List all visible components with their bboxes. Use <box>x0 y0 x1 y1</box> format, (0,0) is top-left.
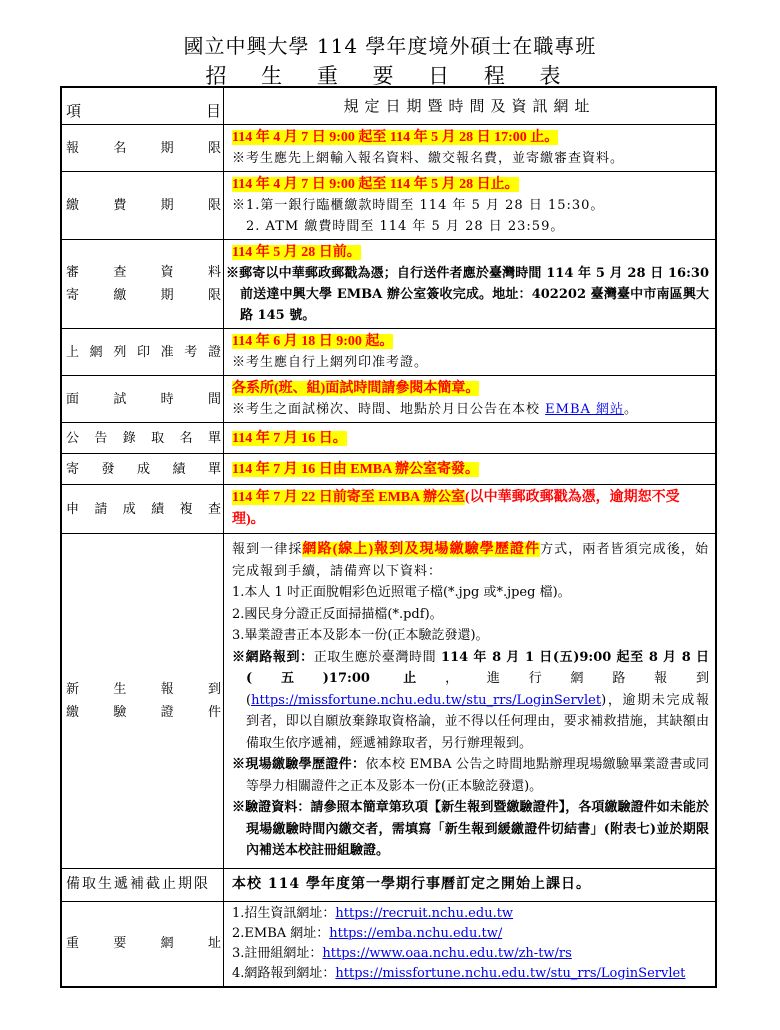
link-prefix: 3.註冊組網址： <box>232 946 322 961</box>
highlight-date: 114 年 7 月 16 日由 EMBA 辦公室寄發。 <box>232 462 479 477</box>
label-char: 面 <box>66 389 79 410</box>
row-note: ※考生應先上網輸入報名資料、繳交報名費，並寄繳審查資料。 <box>232 148 709 169</box>
label-char: 證 <box>208 342 221 363</box>
table-row-review-docs: 審 查 資 料 寄 繳 期 限 114 年 5 月 28 日前。 ※郵寄以中華郵… <box>61 240 716 329</box>
row-content: 114 年 7 月 16 日。 <box>224 423 717 454</box>
label-char: 址 <box>208 933 221 954</box>
highlight-date: 114 年 7 月 22 日前寄至 EMBA 辦公室 <box>232 490 465 505</box>
row-note: ※1.第一銀行臨櫃繳款時間至 114 年 5 月 28 日 15:30。 <box>232 195 709 216</box>
enroll-intro: 報到一律採網路(線上)報到及現場繳驗學歷證件方式，兩者皆須完成後，始完成報到手續… <box>232 539 709 582</box>
label-char: 費 <box>113 195 126 216</box>
row-content: 114 年 4 月 7 日 9:00 起至 114 年 5 月 28 日 17:… <box>224 125 717 172</box>
intro-highlight: 網路(線上)報到及現場繳驗學歷證件 <box>302 542 540 557</box>
note-title: ※驗證資料： <box>232 800 310 815</box>
highlight-date: 114 年 5 月 28 日前。 <box>232 245 361 260</box>
label-char: 限 <box>208 284 221 307</box>
label-char: 績 <box>151 499 164 520</box>
online-registration-link[interactable]: https://missfortune.nchu.edu.tw/stu_rrs/… <box>251 693 601 708</box>
label-char: 名 <box>113 138 126 159</box>
note-text: ，進行網路報到 <box>445 671 709 686</box>
label-char: 申 <box>66 499 79 520</box>
highlight-date: 各系所(班、組)面試時間請參閱本簡章。 <box>232 381 479 396</box>
table-header-row: 項 目 規定日期暨時間及資訊網址 <box>61 87 716 125</box>
note-title: ※網路報到： <box>232 650 314 665</box>
link-prefix: 4.網路報到網址： <box>232 966 335 981</box>
note-text: ※考生之面試梯次、時間、地點於月日公告在本校 <box>232 402 545 417</box>
label-char: 單 <box>208 459 221 480</box>
link-item: 1.招生資訊網址：https://recruit.nchu.edu.tw <box>232 904 709 924</box>
required-item: 2.國民身分證正反面掃描檔(*.pdf)。 <box>232 604 709 626</box>
label-char: 時 <box>161 389 174 410</box>
label-char: 名 <box>180 428 193 449</box>
row-label: 面 試 時 間 <box>61 376 224 423</box>
header-content-label: 規定日期暨時間及資訊網址 <box>224 89 715 123</box>
highlight-date: 114 年 4 月 7 日 9:00 起至 114 年 5 月 28 日止。 <box>232 177 519 192</box>
row-label: 備取生遞補截止期限 <box>61 868 224 901</box>
label-char: 告 <box>94 428 107 449</box>
table-row-score-review: 申 請 成 績 複 查 114 年 7 月 22 日前寄至 EMBA 辦公室(以… <box>61 485 716 534</box>
label-char: 驗 <box>113 701 126 724</box>
row-content: 1.招生資訊網址：https://recruit.nchu.edu.tw 2.E… <box>224 901 717 987</box>
label-char: 發 <box>101 459 114 480</box>
row-label: 重 要 網 址 <box>61 901 224 987</box>
table-row-score-report: 寄 發 成 績 單 114 年 7 月 16 日由 EMBA 辦公室寄發。 <box>61 454 716 485</box>
label-char: 到 <box>208 678 221 701</box>
label-char: 資 <box>161 261 174 284</box>
row-note: ※考生之面試梯次、時間、地點於月日公告在本校 EMBA 網站。 <box>232 399 709 420</box>
emba-website-link[interactable]: EMBA 網站 <box>545 402 624 417</box>
label-char: 列 <box>113 342 126 363</box>
table-row-important-links: 重 要 網 址 1.招生資訊網址：https://recruit.nchu.ed… <box>61 901 716 987</box>
label-char: 重 <box>66 933 79 954</box>
label-char: 期 <box>161 284 174 307</box>
label-char: 繳 <box>66 195 79 216</box>
header-item-right: 目 <box>206 101 221 122</box>
row-content: 114 年 5 月 28 日前。 ※郵寄以中華郵政郵戳為憑；自行送件者應於臺灣時… <box>224 240 717 329</box>
row-label: 審 查 資 料 寄 繳 期 限 <box>61 240 224 329</box>
link-item: 4.網路報到網址：https://missfortune.nchu.edu.tw… <box>232 964 709 984</box>
row-note: 2. ATM 繳費時間至 114 年 5 月 28 日 23:59。 <box>232 216 709 237</box>
document-title: 國立中興大學 114 學年度境外碩士在職專班 <box>0 30 780 59</box>
link-item: 2.EMBA 網址：https://emba.nchu.edu.tw/ <box>232 924 709 944</box>
label-char: 寄 <box>66 459 79 480</box>
table-row-registration: 報 名 期 限 114 年 4 月 7 日 9:00 起至 114 年 5 月 … <box>61 125 716 172</box>
label-char: 考 <box>184 342 197 363</box>
note-text: 。 <box>624 402 638 417</box>
highlight-date: 114 年 4 月 7 日 9:00 起至 114 年 5 月 28 日 17:… <box>232 130 558 145</box>
row-label: 寄 發 成 績 單 <box>61 454 224 485</box>
label-char: 期 <box>161 138 174 159</box>
note-text: 請參照本簡章第玖項【新生報到暨繳驗證件】，各項繳驗證件如未能於現場繳驗時間內繳交… <box>246 800 709 858</box>
label-char: 錄 <box>123 428 136 449</box>
row-label: 公 告 錄 取 名 單 <box>61 423 224 454</box>
row-content: 114 年 6 月 18 日 9:00 起。 ※考生應自行上網列印准考證。 <box>224 329 717 376</box>
online-registration-url-link[interactable]: https://missfortune.nchu.edu.tw/stu_rrs/… <box>335 966 685 981</box>
label-char: 要 <box>113 933 126 954</box>
highlight-date: 114 年 6 月 18 日 9:00 起。 <box>232 334 393 349</box>
row-content: 各系所(班、組)面試時間請參閱本簡章。 ※考生之面試梯次、時間、地點於月日公告在… <box>224 376 717 423</box>
row-label: 新 生 報 到 繳 驗 證 件 <box>61 534 224 869</box>
label-char: 准 <box>161 342 174 363</box>
label-char: 成 <box>137 459 150 480</box>
table-row-waitlist-deadline: 備取生遞補截止期限 本校 114 學年度第一學期行事曆訂定之開始上課日。 <box>61 868 716 901</box>
label-char: 試 <box>113 389 126 410</box>
label-char: 績 <box>172 459 185 480</box>
label-char: 寄 <box>66 284 79 307</box>
label-char: 取 <box>151 428 164 449</box>
table-row-admission-list: 公 告 錄 取 名 單 114 年 7 月 16 日。 <box>61 423 716 454</box>
label-char: 生 <box>113 678 126 701</box>
row-content: 114 年 7 月 22 日前寄至 EMBA 辦公室(以中華郵政郵戳為憑，逾期恕… <box>224 485 717 534</box>
label-char: 繳 <box>113 284 126 307</box>
highlight-date: 114 年 7 月 16 日。 <box>232 431 347 446</box>
label-char: 審 <box>66 261 79 284</box>
note-title: ※現場繳驗學歷證件： <box>232 757 365 772</box>
row-content: 報到一律採網路(線上)報到及現場繳驗學歷證件方式，兩者皆須完成後，始完成報到手續… <box>224 534 717 869</box>
row-label: 報 名 期 限 <box>61 125 224 172</box>
table-row-enrollment: 新 生 報 到 繳 驗 證 件 報到一律採網路(線上)報到及現場繳驗學歷證件方式… <box>61 534 716 869</box>
table-row-payment: 繳 費 期 限 114 年 4 月 7 日 9:00 起至 114 年 5 月 … <box>61 172 716 240</box>
label-char: 網 <box>90 342 103 363</box>
row-note: ※考生應自行上網列印准考證。 <box>232 352 709 373</box>
verification-docs-note: ※驗證資料：請參照本簡章第玖項【新生報到暨繳驗證件】，各項繳驗證件如未能於現場繳… <box>232 797 709 862</box>
required-item: 3.畢業證書正本及影本一份(正本驗訖發還)。 <box>232 625 709 647</box>
row-note: ※郵寄以中華郵政郵戳為憑；自行送件者應於臺灣時間 114 年 5 月 28 日 … <box>226 263 709 326</box>
row-content: 114 年 4 月 7 日 9:00 起至 114 年 5 月 28 日止。 ※… <box>224 172 717 240</box>
label-char: 新 <box>66 678 79 701</box>
label-char: 成 <box>123 499 136 520</box>
label-char: 件 <box>208 701 221 724</box>
required-item: 1.本人 1 吋正面脫帽彩色近照電子檔(*.jpg 或*.jpeg 檔)。 <box>232 582 709 604</box>
label-char: 料 <box>208 261 221 284</box>
label-char: 上 <box>66 342 79 363</box>
emba-link[interactable]: https://emba.nchu.edu.tw/ <box>329 926 502 941</box>
label-char: 查 <box>208 499 221 520</box>
label-char: 單 <box>208 428 221 449</box>
label-char: 限 <box>208 195 221 216</box>
header-content-cell: 規定日期暨時間及資訊網址 <box>224 87 717 125</box>
row-content: 114 年 7 月 16 日由 EMBA 辦公室寄發。 <box>224 454 717 485</box>
label-char: 查 <box>113 261 126 284</box>
link-item: 3.註冊組網址：https://www.oaa.nchu.edu.tw/zh-t… <box>232 944 709 964</box>
intro-text: 報到一律採 <box>232 542 302 557</box>
label-char: 間 <box>208 389 221 410</box>
note-text: 正取生應於臺灣時間 <box>314 650 441 665</box>
header-item-cell: 項 目 <box>61 87 224 125</box>
label-char: 網 <box>161 933 174 954</box>
label-char: 印 <box>137 342 150 363</box>
table-row-admission-ticket: 上 網 列 印 准 考 證 114 年 6 月 18 日 9:00 起。 ※考生… <box>61 329 716 376</box>
recruit-link[interactable]: https://recruit.nchu.edu.tw <box>335 906 513 921</box>
online-registration-note: ※網路報到：正取生應於臺灣時間 114 年 8 月 1 日(五)9:00 起至 … <box>232 647 709 755</box>
label-char: 複 <box>180 499 193 520</box>
row-label: 繳 費 期 限 <box>61 172 224 240</box>
link-prefix: 2.EMBA 網址： <box>232 926 329 941</box>
label-char: 限 <box>208 138 221 159</box>
label-char: 公 <box>66 428 79 449</box>
onsite-verification-note: ※現場繳驗學歷證件：依本校 EMBA 公告之時間地點辦理現場繳驗畢業證書或同等學… <box>232 754 709 797</box>
row-label: 申 請 成 績 複 查 <box>61 485 224 534</box>
row-content: 本校 114 學年度第一學期行事曆訂定之開始上課日。 <box>224 868 717 901</box>
label-char: 請 <box>94 499 107 520</box>
table-row-interview: 面 試 時 間 各系所(班、組)面試時間請參閱本簡章。 ※考生之面試梯次、時間、… <box>61 376 716 423</box>
label-char: 證 <box>161 701 174 724</box>
schedule-table: 項 目 規定日期暨時間及資訊網址 報 名 期 限 114 年 4 月 7 日 9… <box>60 86 717 988</box>
label-char: 報 <box>66 138 79 159</box>
label-char: 報 <box>161 678 174 701</box>
label-char: 期 <box>161 195 174 216</box>
row-label: 上 網 列 印 准 考 證 <box>61 329 224 376</box>
label-char: 繳 <box>66 701 79 724</box>
header-item-left: 項 <box>66 101 81 122</box>
link-prefix: 1.招生資訊網址： <box>232 906 335 921</box>
registrar-link[interactable]: https://www.oaa.nchu.edu.tw/zh-tw/rs <box>322 946 571 961</box>
